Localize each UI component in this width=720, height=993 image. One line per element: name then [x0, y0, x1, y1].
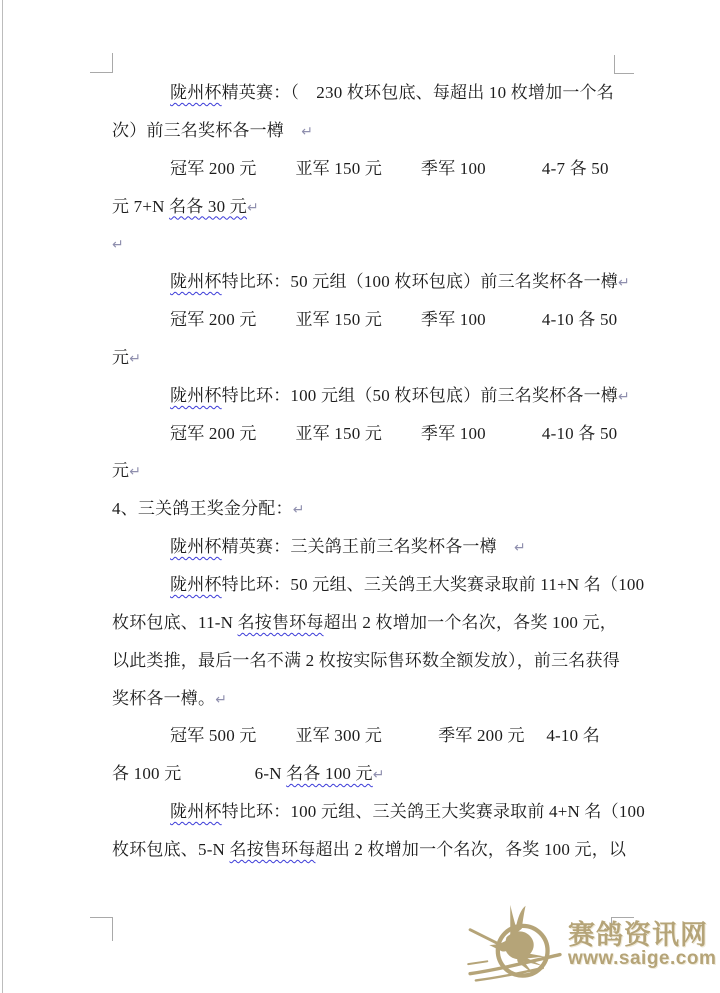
paragraph-mark-icon: ↵ — [247, 200, 259, 216]
document-body[interactable]: 陇州杯精英赛：（ 230 枚环包底、每超出 10 枚增加一个名次）前三名奖杯各一… — [112, 74, 618, 869]
document-line: 奖杯各一樽。↵ — [112, 680, 618, 718]
text-run: 以此类推，最后一名不满 2 枚按实际售环数全额发放），前三名获得 — [112, 651, 620, 670]
text-run: 元 — [112, 348, 129, 367]
misspelled-text: 名各 100 元 — [286, 764, 373, 783]
misspelled-text: 陇州杯 — [170, 386, 222, 405]
document-line: 陇州杯特比环：50 元组（100 枚环包底）前三名奖杯各一樽↵ — [112, 263, 618, 301]
misspelled-text: 陇州杯 — [170, 802, 222, 821]
text-run: 冠军 200 元 亚军 150 元 季军 100 4-10 各 50 — [170, 424, 617, 443]
text-run: 枚环包底、5-N — [112, 840, 230, 859]
document-line: 冠军 200 元 亚军 150 元 季军 100 4-10 各 50 — [112, 415, 618, 453]
document-line: ↵ — [112, 225, 618, 263]
saige-watermark: 赛鸽资讯网 www.saige.com — [466, 900, 716, 990]
text-run: 冠军 200 元 亚军 150 元 季军 100 4-7 各 50 — [170, 159, 609, 178]
document-line: 各 100 元 6-N 名各 100 元↵ — [112, 755, 618, 793]
watermark-text: 赛鸽资讯网 www.saige.com — [568, 921, 716, 969]
document-line: 陇州杯特比环：50 元组、三关鸽王大奖赛录取前 11+N 名（100 — [112, 566, 618, 604]
document-line: 次）前三名奖杯各一樽 ↵ — [112, 112, 618, 150]
text-run: 精英赛：（ 230 枚环包底、每超出 10 枚增加一个名 — [222, 83, 614, 102]
document-line: 陇州杯精英赛：三关鸽王前三名奖杯各一樽 ↵ — [112, 528, 618, 566]
site-url: www.saige.com — [568, 949, 716, 969]
misspelled-text: 名按售环每 — [230, 840, 316, 859]
document-line: 枚环包底、5-N 名按售环每超出 2 枚增加一个名次，各奖 100 元，以 — [112, 831, 618, 869]
paragraph-mark-icon: ↵ — [301, 124, 313, 140]
text-run: 特比环：100 元组（50 枚环包底）前三名奖杯各一樽 — [222, 386, 618, 405]
document-line: 冠军 200 元 亚军 150 元 季军 100 4-10 各 50 — [112, 301, 618, 339]
text-run: 特比环：50 元组、三关鸽王大奖赛录取前 11+N 名（100 — [222, 575, 645, 594]
text-run: 4、三关鸽王奖金分配： — [112, 499, 293, 518]
document-line: 枚环包底、11-N 名按售环每超出 2 枚增加一个名次，各奖 100 元， — [112, 604, 618, 642]
paragraph-mark-icon: ↵ — [618, 275, 630, 291]
document-line: 陇州杯特比环：100 元组（50 枚环包底）前三名奖杯各一樽↵ — [112, 377, 618, 415]
text-boundary-mark-top-right — [614, 55, 634, 74]
paragraph-mark-icon: ↵ — [215, 692, 227, 708]
paragraph-mark-icon: ↵ — [373, 767, 385, 783]
paragraph-mark-icon: ↵ — [112, 237, 124, 253]
misspelled-text: 陇州杯 — [170, 537, 222, 556]
misspelled-text: 名按售环每 — [238, 613, 324, 632]
text-run: 枚环包底、11-N — [112, 613, 238, 632]
text-run: 元 7+N — [112, 197, 169, 216]
paragraph-mark-icon: ↵ — [514, 540, 526, 556]
text-run: 次）前三名奖杯各一樽 — [112, 121, 301, 140]
paragraph-mark-icon: ↵ — [618, 389, 630, 405]
document-line: 元↵ — [112, 452, 618, 490]
text-run: 元 — [112, 461, 129, 480]
text-run: 精英赛：三关鸽王前三名奖杯各一樽 — [222, 537, 514, 556]
text-run: 超出 2 枚增加一个名次，各奖 100 元， — [324, 613, 617, 632]
pigeon-in-ring-icon — [466, 901, 566, 989]
paragraph-mark-icon: ↵ — [129, 351, 141, 367]
document-line: 元 7+N 名各 30 元↵ — [112, 188, 618, 226]
document-line: 冠军 500 元 亚军 300 元 季军 200 元 4-10 名 — [112, 717, 618, 755]
misspelled-text: 名各 30 元 — [169, 197, 247, 216]
text-run: 超出 2 枚增加一个名次，各奖 100 元，以 — [316, 840, 627, 859]
misspelled-text: 陇州杯 — [170, 83, 222, 102]
text-run: 冠军 200 元 亚军 150 元 季军 100 4-10 各 50 — [170, 310, 617, 329]
text-run: 各 100 元 6-N — [112, 764, 286, 783]
document-line: 陇州杯特比环：100 元组、三关鸽王大奖赛录取前 4+N 名（100 — [112, 793, 618, 831]
text-boundary-mark-bottom-left — [90, 917, 113, 941]
word-document-page: { "watermark": { "site_name": "赛鸽资讯网", "… — [0, 0, 720, 993]
misspelled-text: 陇州杯 — [170, 272, 222, 291]
document-line: 冠军 200 元 亚军 150 元 季军 100 4-7 各 50 — [112, 150, 618, 188]
document-line: 4、三关鸽王奖金分配：↵ — [112, 490, 618, 528]
text-boundary-mark-top-left — [90, 53, 113, 73]
paragraph-mark-icon: ↵ — [293, 502, 305, 518]
site-name: 赛鸽资讯网 — [568, 921, 716, 949]
document-line: 陇州杯精英赛：（ 230 枚环包底、每超出 10 枚增加一个名 — [112, 74, 618, 112]
page-left-boundary — [2, 0, 3, 993]
misspelled-text: 陇州杯 — [170, 575, 222, 594]
text-run: 特比环：50 元组（100 枚环包底）前三名奖杯各一樽 — [222, 272, 618, 291]
text-run: 特比环：100 元组、三关鸽王大奖赛录取前 4+N 名（100 — [222, 802, 645, 821]
document-line: 以此类推，最后一名不满 2 枚按实际售环数全额发放），前三名获得 — [112, 642, 618, 680]
document-line: 元↵ — [112, 339, 618, 377]
text-run: 奖杯各一樽。 — [112, 689, 215, 708]
text-run: 冠军 500 元 亚军 300 元 季军 200 元 4-10 名 — [170, 726, 600, 745]
paragraph-mark-icon: ↵ — [129, 464, 141, 480]
